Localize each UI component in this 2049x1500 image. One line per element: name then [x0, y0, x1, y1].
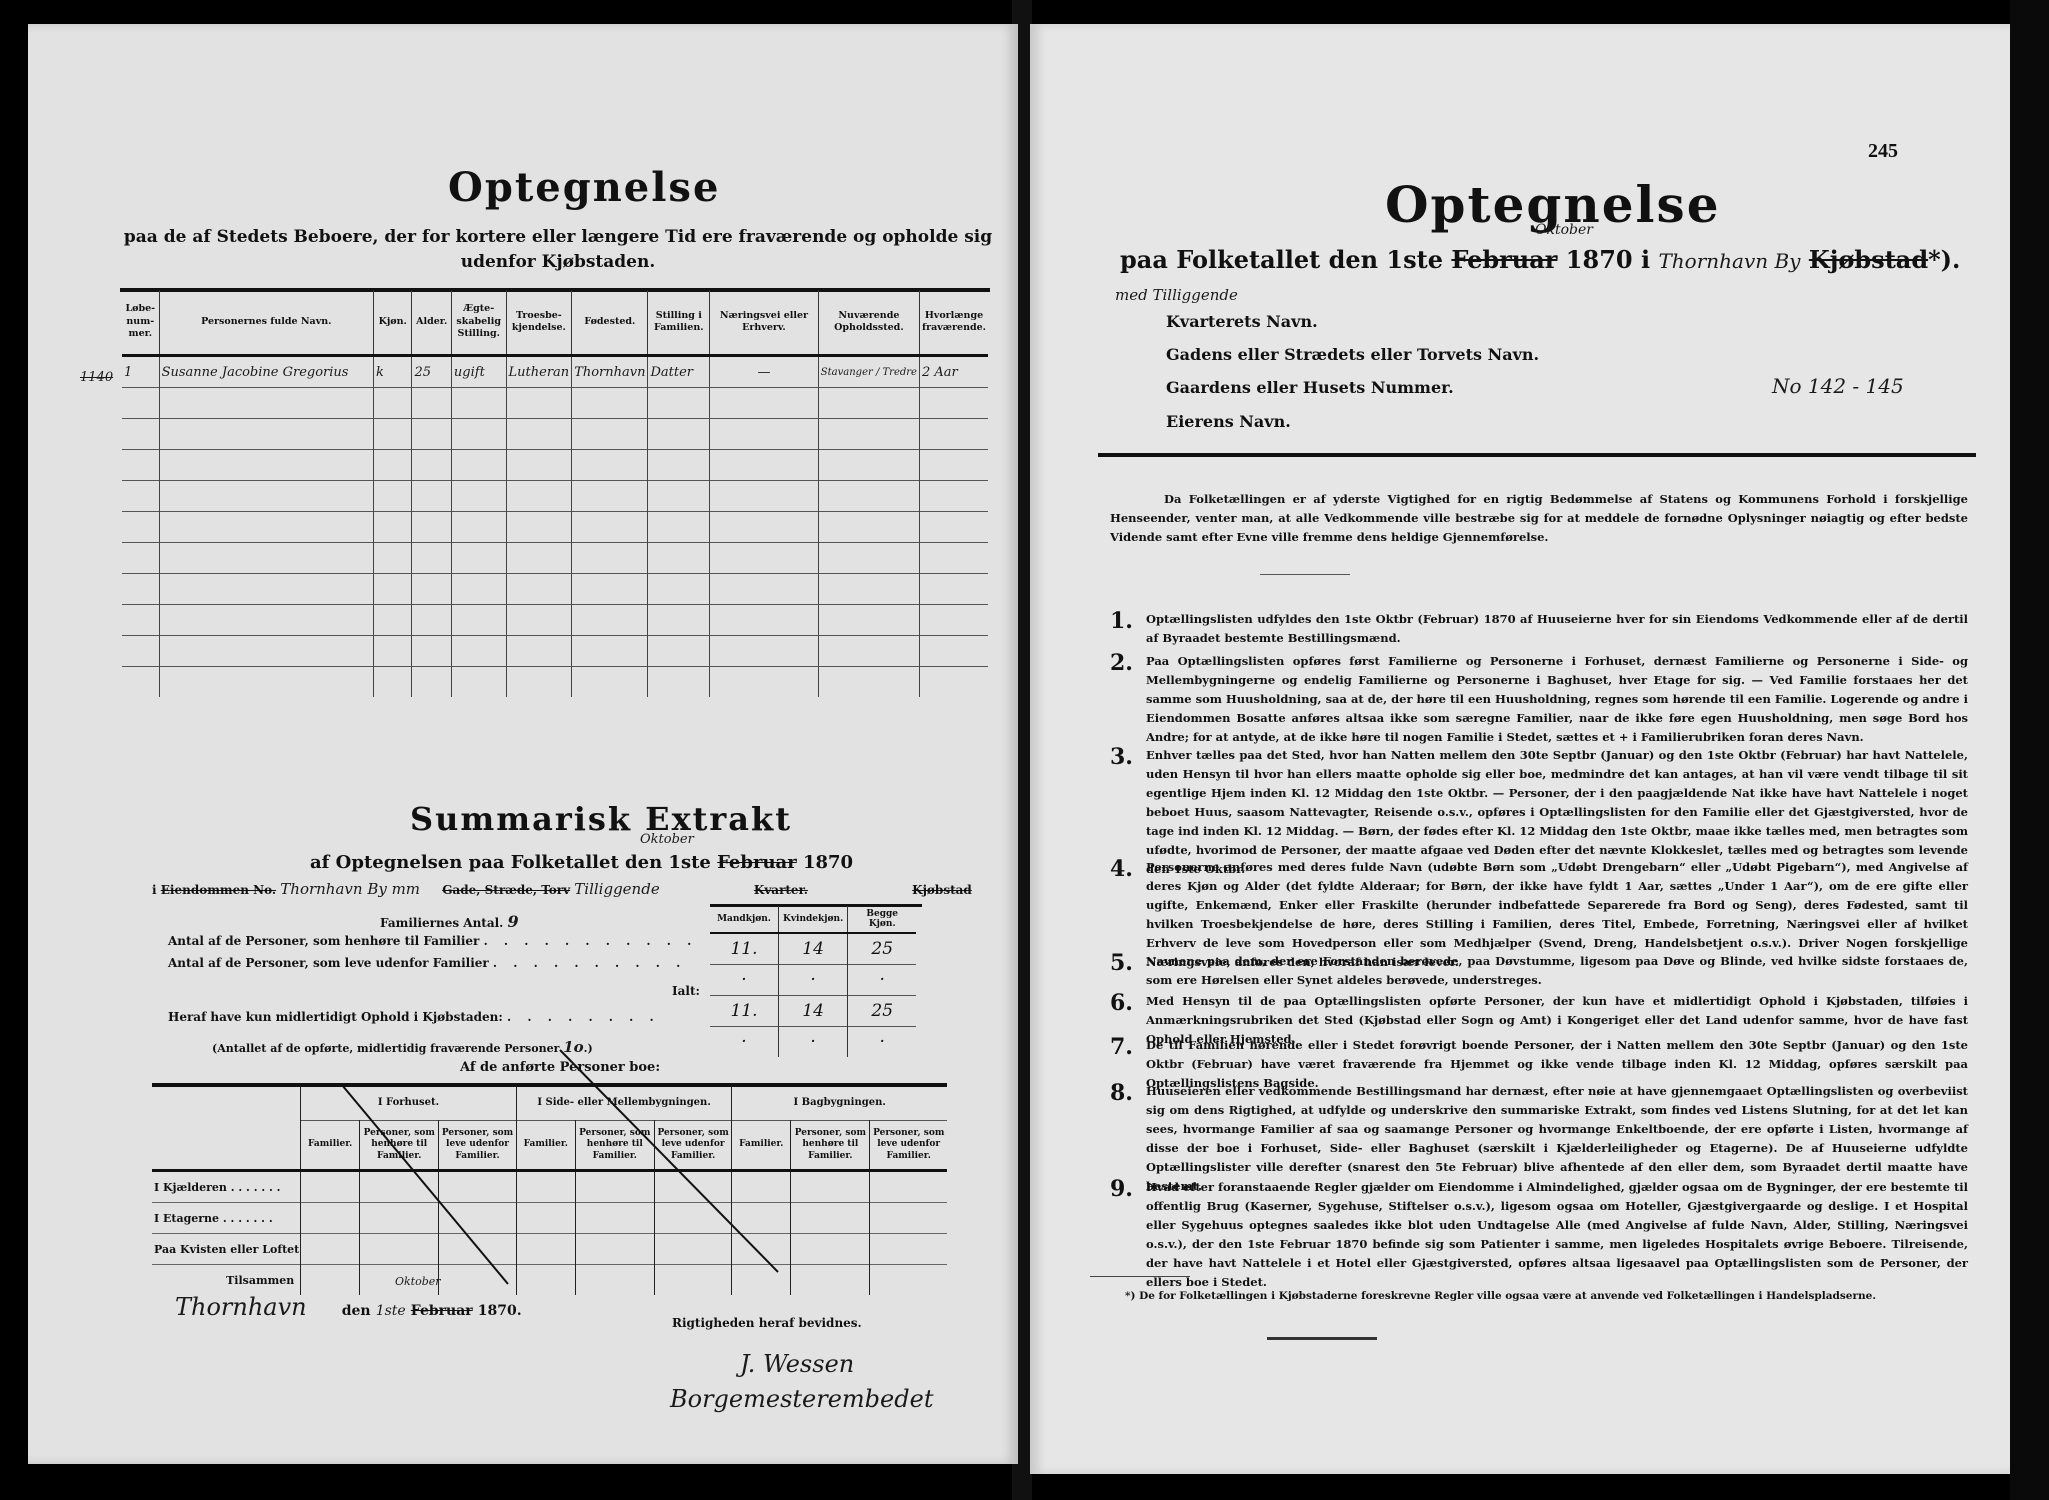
- col-header-age: Alder.: [412, 290, 451, 356]
- label-text: Heraf have kun midlertidigt Ophold i Kjø…: [168, 1010, 503, 1024]
- col-header-family-position: Stilling i Familien.: [648, 290, 710, 356]
- cell-male: ·: [710, 1027, 779, 1058]
- rule-number: 1.: [1110, 608, 1133, 634]
- signature: J. Wessen: [740, 1350, 854, 1378]
- census-line-prefix: paa Folketallet den 1ste: [1120, 245, 1443, 274]
- group-bagbygning: I Bagbygningen.: [732, 1086, 947, 1121]
- table-row-empty: [122, 481, 988, 512]
- col-header-absence-duration: Hvorlænge fraværende.: [919, 290, 988, 356]
- header-divider: [1098, 453, 1976, 457]
- field-nummer-value: No 142 - 145: [1772, 374, 1904, 398]
- location-prefix: i: [152, 883, 157, 897]
- rule-number: 2.: [1110, 650, 1133, 676]
- table-row-empty: [122, 667, 988, 698]
- left-subtitle-line1: paa de af Stedets Beboere, der for korte…: [118, 227, 998, 247]
- page-number: 245: [1868, 140, 1898, 163]
- gade-struck: Gade, Stræde, Torv: [442, 883, 570, 897]
- buildings-title: Af de anførte Personer boe:: [460, 1060, 660, 1075]
- extract-header-row: Mandkjøn. Kvindekjøn. Begge Kjøn.: [710, 906, 916, 933]
- subcol-persons-outside-family: Personer, som leve udenfor Familier.: [654, 1121, 732, 1171]
- table-row-empty: [122, 388, 988, 419]
- footnote-divider: [1090, 1276, 1190, 1277]
- kjobstad-struck: Kjøbstad: [1809, 245, 1928, 274]
- cell-occupation: —: [710, 356, 819, 388]
- col-header-name: Personernes fulde Navn.: [159, 290, 373, 356]
- census-place-handwritten: Thornhavn By: [1658, 249, 1800, 273]
- cell-religion: Lutheran: [506, 356, 572, 388]
- signoff-den: den: [342, 1303, 371, 1319]
- kvarter-struck: Kvarter.: [754, 883, 808, 897]
- col-header-both: Begge Kjøn.: [848, 906, 917, 933]
- col-header-number: Løbe-num-mer.: [122, 290, 159, 356]
- cell-age: 25: [412, 356, 451, 388]
- extract-row-label-temporary: Heraf have kun midlertidigt Ophold i Kjø…: [168, 1010, 660, 1024]
- extract-row: 11. 14 25: [710, 933, 916, 965]
- extract-row-label-1: Antal af de Personer, som henhøre til Fa…: [168, 934, 697, 948]
- absent-value: 1o: [563, 1038, 583, 1056]
- table-row: 1 Susanne Jacobine Gregorius k 25 ugift …: [122, 356, 988, 388]
- census-date-line: paa Folketallet den 1ste Februar 1870 i …: [1120, 245, 1960, 274]
- subcol-persons-outside-family: Personer, som leve udenfor Familier.: [870, 1121, 947, 1171]
- extract-year: 1870: [803, 852, 853, 873]
- row-label-floors: I Etagerne . . . . . . .: [152, 1203, 301, 1234]
- absent-note: (Antallet af de opførte, midlertidig fra…: [212, 1038, 593, 1056]
- rule-number: 9.: [1110, 1176, 1133, 1202]
- rule-number: 5.: [1110, 950, 1133, 976]
- field-kvarter-label: Kvarterets Navn.: [1166, 312, 1318, 331]
- buildings-group-row: I Forhuset. I Side- eller Mellembygninge…: [152, 1086, 947, 1121]
- col-header-occupation: Næringsvei eller Erhverv.: [710, 290, 819, 356]
- cell-female: ·: [779, 965, 848, 996]
- cell-name: Susanne Jacobine Gregorius: [159, 356, 373, 388]
- eiendom-struck: Eiendommen No.: [161, 883, 276, 897]
- cell-birthplace: Thornhavn: [572, 356, 648, 388]
- col-header-current-residence: Nuværende Opholdssted.: [818, 290, 919, 356]
- col-header-male: Mandkjøn.: [710, 906, 779, 933]
- signoff-month-struck: Februar: [411, 1303, 473, 1319]
- table-row-empty: [122, 605, 988, 636]
- table-row-empty: [122, 419, 988, 450]
- absent-persons-table: Løbe-num-mer. Personernes fulde Navn. Kj…: [122, 290, 988, 697]
- subcol-persons-in-family: Personer, som henhøre til Familier.: [360, 1121, 439, 1171]
- table-header-row: Løbe-num-mer. Personernes fulde Navn. Kj…: [122, 290, 988, 356]
- gade-handwritten: Tilliggende: [574, 880, 659, 898]
- cell-female: 14: [779, 933, 848, 965]
- group-forhus: I Forhuset.: [301, 1086, 517, 1121]
- col-header-female: Kvindekjøn.: [779, 906, 848, 933]
- buildings-row: I Etagerne . . . . . . .: [152, 1203, 947, 1234]
- left-subtitle-line2: udenfor Kjøbstaden.: [118, 252, 998, 272]
- table-row-empty: [122, 636, 988, 667]
- census-month-handwritten: Oktober: [1535, 222, 1593, 238]
- signoff-month-handwritten: Oktober: [395, 1275, 441, 1288]
- cell-male: 11.: [710, 996, 779, 1027]
- cell-absence-duration: 2 Aar: [919, 356, 988, 388]
- census-year: 1870 i: [1566, 245, 1650, 274]
- eiendom-handwritten: Thornhavn By mm: [280, 880, 420, 898]
- signoff-line: Thornhavn den 1ste Februar 1870.: [175, 1293, 522, 1321]
- rule-text: Hvad efter foranstaaende Regler gjælder …: [1146, 1178, 1968, 1292]
- families-count: Familiernes Antal. 9: [380, 912, 519, 931]
- kjobstad-suffix: *).: [1928, 245, 1960, 274]
- extract-subtitle-prefix: af Optegnelsen paa Folketallet den 1ste: [310, 852, 711, 873]
- field-eier-label: Eierens Navn.: [1166, 412, 1291, 431]
- field-gade-label: Gadens eller Strædets eller Torvets Navn…: [1166, 345, 1539, 364]
- cell-both: ·: [848, 1027, 917, 1058]
- extract-month-struck: Februar: [717, 852, 797, 873]
- rule-number: 7.: [1110, 1034, 1133, 1060]
- table-row-empty: [122, 543, 988, 574]
- bottom-divider: [1267, 1337, 1377, 1340]
- extract-row: · · ·: [710, 1027, 916, 1058]
- row-label-attic: Paa Kvisten eller Loftet: [152, 1234, 301, 1265]
- subcol-families: Familier.: [516, 1121, 575, 1171]
- extract-row-label-2: Antal af de Personer, som leve udenfor F…: [168, 956, 686, 970]
- footnote: *) De for Folketællingen i Kjøbstaderne …: [1125, 1290, 1876, 1302]
- cell-current-residence: Stavanger / Tredre: [818, 356, 919, 388]
- table-row-empty: [122, 512, 988, 543]
- families-label: Familiernes Antal.: [380, 916, 503, 930]
- cell-family-position: Datter: [648, 356, 710, 388]
- subcol-families: Familier.: [732, 1121, 791, 1171]
- buildings-row: Paa Kvisten eller Loftet: [152, 1234, 947, 1265]
- rule-number: 8.: [1110, 1080, 1133, 1106]
- left-title: Optegnelse: [448, 164, 720, 211]
- cell-female: ·: [779, 1027, 848, 1058]
- rule-number: 4.: [1110, 856, 1133, 882]
- col-header-sex: Kjøn.: [373, 290, 412, 356]
- scan-border: [2010, 0, 2049, 1500]
- subcol-persons-in-family: Personer, som henhøre til Familier.: [575, 1121, 654, 1171]
- certification-text: Rigtigheden heraf bevidnes.: [672, 1316, 862, 1330]
- buildings-table: I Forhuset. I Side- eller Mellembygninge…: [152, 1086, 947, 1295]
- intro-paragraph: Da Folketællingen er af yderste Vigtighe…: [1110, 490, 1968, 547]
- group-sidebygning: I Side- eller Mellembygningen.: [516, 1086, 732, 1121]
- signoff-year: 1870.: [478, 1303, 522, 1319]
- subcol-persons-in-family: Personer, som henhøre til Familier.: [791, 1121, 870, 1171]
- cell-female: 14: [779, 996, 848, 1027]
- absent-note-suffix: .): [584, 1042, 593, 1055]
- extract-row-total: 11. 14 25: [710, 996, 916, 1027]
- cell-both: 25: [848, 996, 917, 1027]
- table-row-empty: [122, 574, 988, 605]
- label-text: Antal af de Personer, som henhøre til Fa…: [168, 934, 479, 948]
- cell-both: 25: [848, 933, 917, 965]
- intro-divider: [1260, 574, 1350, 575]
- cell-marital: ugift: [451, 356, 506, 388]
- extract-row: · · ·: [710, 965, 916, 996]
- extract-subtitle: af Optegnelsen paa Folketallet den 1ste …: [310, 852, 853, 873]
- absent-note-prefix: (Antallet af de opførte, midlertidig fra…: [212, 1042, 559, 1055]
- signoff-day: 1ste: [376, 1303, 406, 1319]
- census-month-struck: Februar: [1451, 245, 1557, 274]
- rule-text: Navnene paa dem, der ere Forstanden berø…: [1146, 952, 1968, 990]
- cell-male: ·: [710, 965, 779, 996]
- label-text: Antal af de Personer, som leve udenfor F…: [168, 956, 489, 970]
- rule-number: 6.: [1110, 990, 1133, 1016]
- margin-note: 1140: [80, 370, 113, 385]
- row-label-total: Tilsammen: [152, 1265, 301, 1296]
- extract-totals-table: Mandkjøn. Kvindekjøn. Begge Kjøn. 11. 14…: [710, 906, 916, 1057]
- kvarter-handwritten: med Tilliggende: [1115, 286, 1238, 304]
- signoff-place: Thornhavn: [175, 1293, 307, 1321]
- table-row-empty: [122, 450, 988, 481]
- kjobstad-struck: Kjøbstad: [912, 883, 972, 897]
- subcol-families: Familier.: [301, 1121, 360, 1171]
- cell-both: ·: [848, 965, 917, 996]
- cell-sex: k: [373, 356, 412, 388]
- col-header-birthplace: Fødested.: [572, 290, 648, 356]
- cell-male: 11.: [710, 933, 779, 965]
- field-nummer-label: Gaardens eller Husets Nummer.: [1166, 378, 1454, 397]
- families-value: 9: [508, 912, 519, 931]
- buildings-row: I Kjælderen . . . . . . .: [152, 1171, 947, 1203]
- subcol-persons-outside-family: Personer, som leve udenfor Familier.: [439, 1121, 517, 1171]
- cell-number: 1: [122, 356, 159, 388]
- extract-title: Summarisk Extrakt: [410, 800, 792, 838]
- col-header-religion: Troesbe-kjendelse.: [506, 290, 572, 356]
- extract-month-handwritten: Oktober: [640, 832, 694, 847]
- buildings-row-total: Tilsammen: [152, 1265, 947, 1296]
- blank-corner: [152, 1086, 301, 1171]
- col-header-marital: Ægte-skabelig Stilling.: [451, 290, 506, 356]
- extract-row-label-total: Ialt:: [672, 984, 700, 998]
- rule-text: Optællingslisten udfyldes den 1ste Oktbr…: [1146, 610, 1968, 648]
- rule-number: 3.: [1110, 744, 1133, 770]
- extract-location-line: i Eiendommen No. Thornhavn By mm Gade, S…: [152, 880, 992, 898]
- signature-title: Borgemesterembedet: [670, 1385, 933, 1413]
- row-label-cellar: I Kjælderen . . . . . . .: [152, 1171, 301, 1203]
- rule-text: Paa Optællingslisten opføres først Famil…: [1146, 652, 1968, 747]
